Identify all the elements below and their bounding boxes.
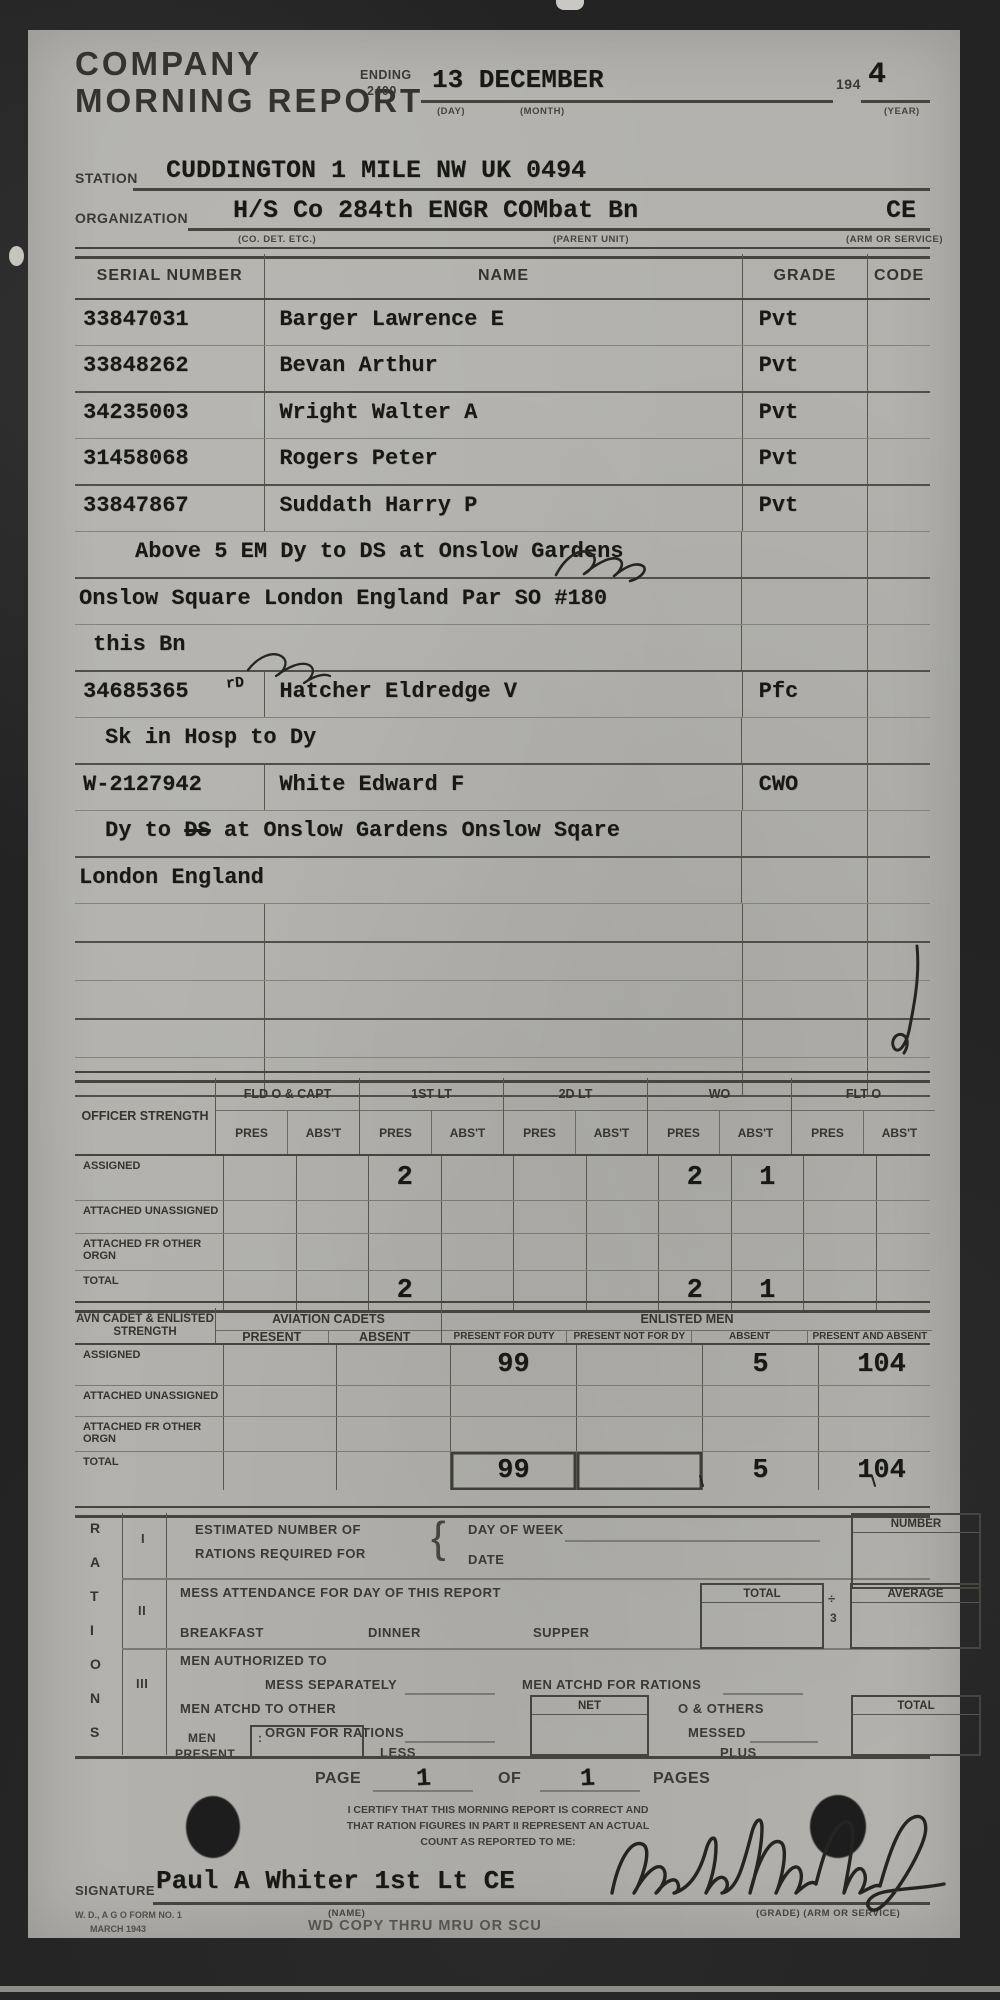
of-label: OF [498,1770,521,1788]
rations1-line2: RATIONS REQUIRED FOR [195,1546,366,1561]
enlisted-strength-table: AVN CADET & ENLISTED STRENGTH AVIATION C… [75,1308,930,1490]
messed-line [750,1741,818,1743]
form-title-line1: COMPANY [75,45,262,83]
officer-group-header: 2D LTPRESABS'T [503,1078,647,1154]
officer-group-header: FLD O & CAPTPRESABS'T [215,1078,359,1154]
net-label: NET [532,1697,647,1715]
men-present-colon: : [258,1731,263,1745]
hole-punch-left [186,1796,240,1858]
enlisted-subheader: ABSENT [691,1331,806,1343]
copy-routing-note: WD COPY THRU MRU OR SCU [308,1918,542,1934]
officer-subheader: ABS'T [575,1111,647,1154]
report-date-value: 13 DECEMBER [432,65,604,95]
certification-line2: THAT RATION FIGURES IN PART II REPRESENT… [258,1818,738,1834]
roster-row: Dy to DS at Onslow Gardens Onslow Sqare [75,811,930,858]
date-underline [421,100,833,103]
rations-total-label: TOTAL [853,1697,979,1715]
roster-row: Above 5 EM Dy to DS at Onslow Gardens [75,532,930,579]
scanned-morning-report: { "colors": { "paper": "#b2b1ad", "scan_… [0,0,1000,2000]
average-label: AVERAGE [852,1585,979,1603]
rations-total-box: TOTAL [851,1695,981,1756]
net-box: NET [530,1695,649,1756]
enlisted-men-label: ENLISTED MEN [442,1308,932,1331]
roster-row: 33847867Suddath Harry PPvt [75,486,930,532]
aviation-cadets-group: AVIATION CADETS PRESENTABSENT [215,1308,441,1343]
rations-bottom-rule [75,1756,930,1759]
certification-line3: COUNT AS REPORTED TO ME: [258,1834,738,1850]
day-of-week-label: DAY OF WEEK [468,1522,564,1537]
organization-value: H/S Co 284th ENGR COMbat Bn [233,196,638,225]
organization-underline [188,228,930,231]
arm-service-label: (ARM OR SERVICE) [846,234,943,245]
roster-row: 34235003Wright Walter APvt [75,393,930,439]
men-atchd-for-rations-label: MEN ATCHD FOR RATIONS [522,1677,701,1692]
officer-group-header: WOPRESABS'T [647,1078,791,1154]
enlisted-subheader: PRESENT FOR DUTY [442,1331,566,1343]
aviation-cadets-label: AVIATION CADETS [216,1308,441,1331]
messed-label: MESSED [688,1725,746,1740]
rations-letter: S [90,1724,99,1740]
mess-separately-label: MESS SEPARATELY [265,1677,397,1692]
number-box: NUMBER [851,1513,981,1589]
roster-row: Onslow Square London England Par SO #180 [75,579,930,625]
enlisted-row: TOTAL995104 [75,1452,930,1490]
scan-artifact-left [9,246,24,266]
scan-artifact-top [556,0,584,10]
arm-service-value: CE [886,196,916,225]
roster-header-grade: GRADE [742,254,868,298]
enlisted-subheader: PRESENT [216,1331,328,1343]
officer-strength-title: OFFICER STRENGTH [75,1078,215,1154]
year-label: (YEAR) [884,106,920,117]
officer-subheader: PRES [504,1111,575,1154]
divide-by-three: 3 [830,1611,837,1625]
officer-subheader: ABS'T [863,1111,935,1154]
roster-row [75,1020,930,1058]
station-value: CUDDINGTON 1 MILE NW UK 0494 [166,156,586,185]
mess-separately-line [405,1693,495,1695]
men-atchd-other-line1: MEN ATCHD TO OTHER [180,1701,336,1716]
men-present-line1: MEN [188,1731,216,1745]
rations-numeral-column: I II III [122,1513,167,1755]
station-underline [133,188,930,191]
scan-edge-strip [0,1986,1000,1992]
enlisted-subheader: PRESENT AND ABSENT [807,1331,932,1343]
rations-letter: A [90,1554,100,1570]
roster-row: 33847031Barger Lawrence EPvt [75,300,930,346]
rations-divider-1 [122,1578,930,1580]
rations-letter: O [90,1656,101,1672]
officer-body: ASSIGNED221ATTACHED UNASSIGNEDATTACHED F… [75,1156,930,1311]
rations-numeral-3: III [136,1676,148,1691]
pages-value: 1 [579,1764,596,1794]
average-box: AVERAGE [850,1583,981,1649]
rations-numeral-2: II [138,1603,146,1618]
roster-table: SERIAL NUMBER NAME GRADE CODE 33847031Ba… [75,254,930,1097]
roster-header-row: SERIAL NUMBER NAME GRADE CODE [75,254,930,300]
form-id-line1: W. D., A G O FORM NO. 1 [75,1910,182,1920]
hole-punch-right [810,1795,866,1858]
year-value: 4 [868,58,886,92]
roster-row: W-2127942White Edward FCWO [75,765,930,811]
unit-label: (CO. DET. ETC.) [238,234,316,245]
roster-row [75,981,930,1020]
officer-subheader: PRES [648,1111,719,1154]
day-label: (DAY) [437,106,465,117]
rations1-line1: ESTIMATED NUMBER OF [195,1522,361,1537]
enlisted-header: AVN CADET & ENLISTED STRENGTH AVIATION C… [75,1308,930,1345]
men-authorized-line1: MEN AUTHORIZED TO [180,1653,327,1668]
certification-line1: I CERTIFY THAT THIS MORNING REPORT IS CO… [258,1802,738,1818]
date-label: DATE [468,1552,504,1567]
day-of-week-line [565,1540,820,1542]
orgn-for-rations-line [405,1741,495,1743]
officer-row: ATTACHED FR OTHER ORGN [75,1234,930,1271]
rations-numeral-1: I [141,1531,145,1546]
station-label: STATION [75,170,138,186]
supper-label: SUPPER [533,1625,589,1640]
year-prefix: 194 [836,76,861,92]
officer-strength-table: OFFICER STRENGTH FLD O & CAPTPRESABS'T1S… [75,1078,930,1311]
brace-glyph: { [431,1513,446,1563]
signature-underline [153,1902,930,1905]
officer-group-header: FLT OPRESABS'T [791,1078,935,1154]
o-and-others-label: O & OTHERS [678,1701,764,1716]
form-paper: COMPANY MORNING REPORT ENDING 2400 13 DE… [28,30,960,1938]
ending-label: ENDING [360,68,412,82]
signature-label: SIGNATURE [75,1883,155,1898]
signature-typed-name: Paul A Whiter 1st Lt CE [156,1866,515,1896]
officer-subheader: PRES [792,1111,863,1154]
officer-subheader: PRES [216,1111,287,1154]
roster-row: 31458068Rogers PeterPvt [75,439,930,486]
pages-label: PAGES [653,1770,710,1788]
organization-label: ORGANIZATION [75,210,188,226]
roster-row: London England [75,858,930,904]
roster-row: this Bn [75,625,930,672]
aviation-cadets-subheaders: PRESENTABSENT [216,1331,441,1343]
month-label: (MONTH) [520,106,565,117]
officer-subheader: ABS'T [431,1111,503,1154]
enlisted-subheader: ABSENT [328,1331,442,1343]
roster-header-name: NAME [264,254,741,298]
roster-row: 33848262Bevan ArthurPvt [75,346,930,393]
men-present-box: : [250,1725,364,1759]
mess-attendance-label: MESS ATTENDANCE FOR DAY OF THIS REPORT [180,1585,501,1600]
page-value: 1 [415,1764,432,1794]
officer-header: OFFICER STRENGTH FLD O & CAPTPRESABS'T1S… [75,1078,930,1156]
rations-letter: T [90,1588,99,1604]
ending-time: 2400 [367,84,397,98]
enlisted-men-subheaders: PRESENT FOR DUTYPRESENT NOT FOR DYABSENT… [442,1331,932,1343]
rations-letter: R [90,1520,100,1536]
rations-section: RATIONS I II III ESTIMATED NUMBER OF RAT… [75,1513,930,1755]
officer-subheader: ABS'T [287,1111,359,1154]
enlisted-strength-title: AVN CADET & ENLISTED STRENGTH [75,1308,215,1343]
rations-letter: I [90,1622,94,1638]
officer-group-header: 1ST LTPRESABS'T [359,1078,503,1154]
officer-row: ATTACHED UNASSIGNED [75,1201,930,1234]
officer-subheader: ABS'T [719,1111,791,1154]
number-box-label: NUMBER [853,1515,979,1533]
enlisted-men-group: ENLISTED MEN PRESENT FOR DUTYPRESENT NOT… [441,1308,932,1343]
strike-correction-text: rD [225,674,244,692]
roster-row [75,904,930,943]
roster-row [75,943,930,981]
mess-total-box: TOTAL [700,1583,824,1649]
form-id-line2: MARCH 1943 [90,1924,146,1934]
enlisted-subheader: PRESENT NOT FOR DY [566,1331,691,1343]
certification-text: I CERTIFY THAT THIS MORNING REPORT IS CO… [258,1802,738,1850]
roster-row: 34685365Hatcher Eldredge VPfc [75,672,930,718]
rations-letter: N [90,1690,100,1706]
dinner-label: DINNER [368,1625,421,1640]
roster-header-code: CODE [867,254,930,298]
grade-service-label: (GRADE) (ARM OR SERVICE) [756,1908,900,1919]
roster-row: Sk in Hosp to Dy [75,718,930,765]
enlisted-row: ASSIGNED995104 [75,1345,930,1386]
breakfast-label: BREAKFAST [180,1625,264,1640]
divide-sign: ÷ [828,1591,836,1606]
officer-groups: FLD O & CAPTPRESABS'T1ST LTPRESABS'T2D L… [215,1078,935,1154]
officer-row: ASSIGNED221 [75,1156,930,1201]
page-label: PAGE [315,1770,361,1788]
men-atchd-line [723,1693,803,1695]
year-underline [861,100,930,103]
roster-rows: 33847031Barger Lawrence EPvt33848262Beva… [75,300,930,1097]
enlisted-body: ASSIGNED995104ATTACHED UNASSIGNEDATTACHE… [75,1345,930,1490]
roster-header-serial: SERIAL NUMBER [75,254,264,298]
mess-total-label: TOTAL [702,1585,822,1603]
enlisted-row: ATTACHED UNASSIGNED [75,1386,930,1417]
parent-unit-label: (PARENT UNIT) [553,234,629,245]
officer-subheader: PRES [360,1111,431,1154]
enlisted-row: ATTACHED FR OTHER ORGN [75,1417,930,1452]
